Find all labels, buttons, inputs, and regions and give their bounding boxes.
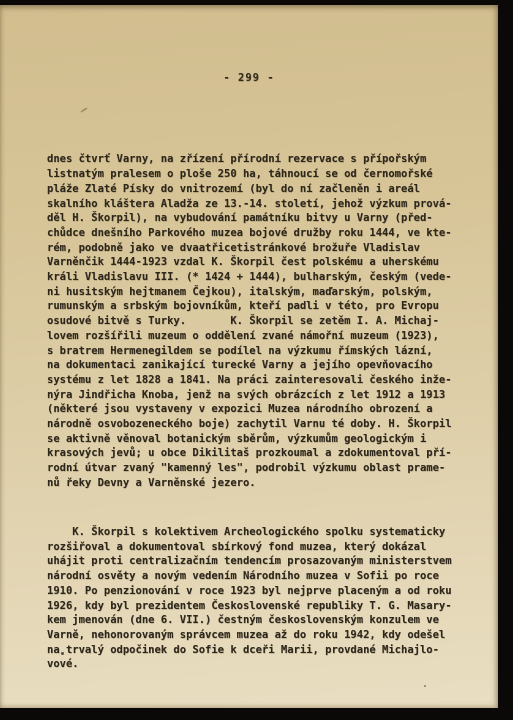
paragraph-1: dnes čtvrť Varny, na zřízení přírodní re…: [47, 152, 477, 490]
paper-sheet: - 299 - dnes čtvrť Varny, na zřízení pří…: [0, 5, 498, 708]
paper-speck: [61, 652, 64, 655]
document-body: dnes čtvrť Varny, na zřízení přírodní re…: [47, 123, 477, 701]
paper-speck: [424, 685, 426, 687]
scanned-page-frame: - 299 - dnes čtvrť Varny, na zřízení pří…: [0, 0, 513, 720]
page-number: - 299 -: [0, 72, 498, 84]
paper-scratch-mark: [80, 107, 88, 113]
paragraph-2: K. Škorpil s kolektivem Archeologického …: [47, 525, 477, 672]
